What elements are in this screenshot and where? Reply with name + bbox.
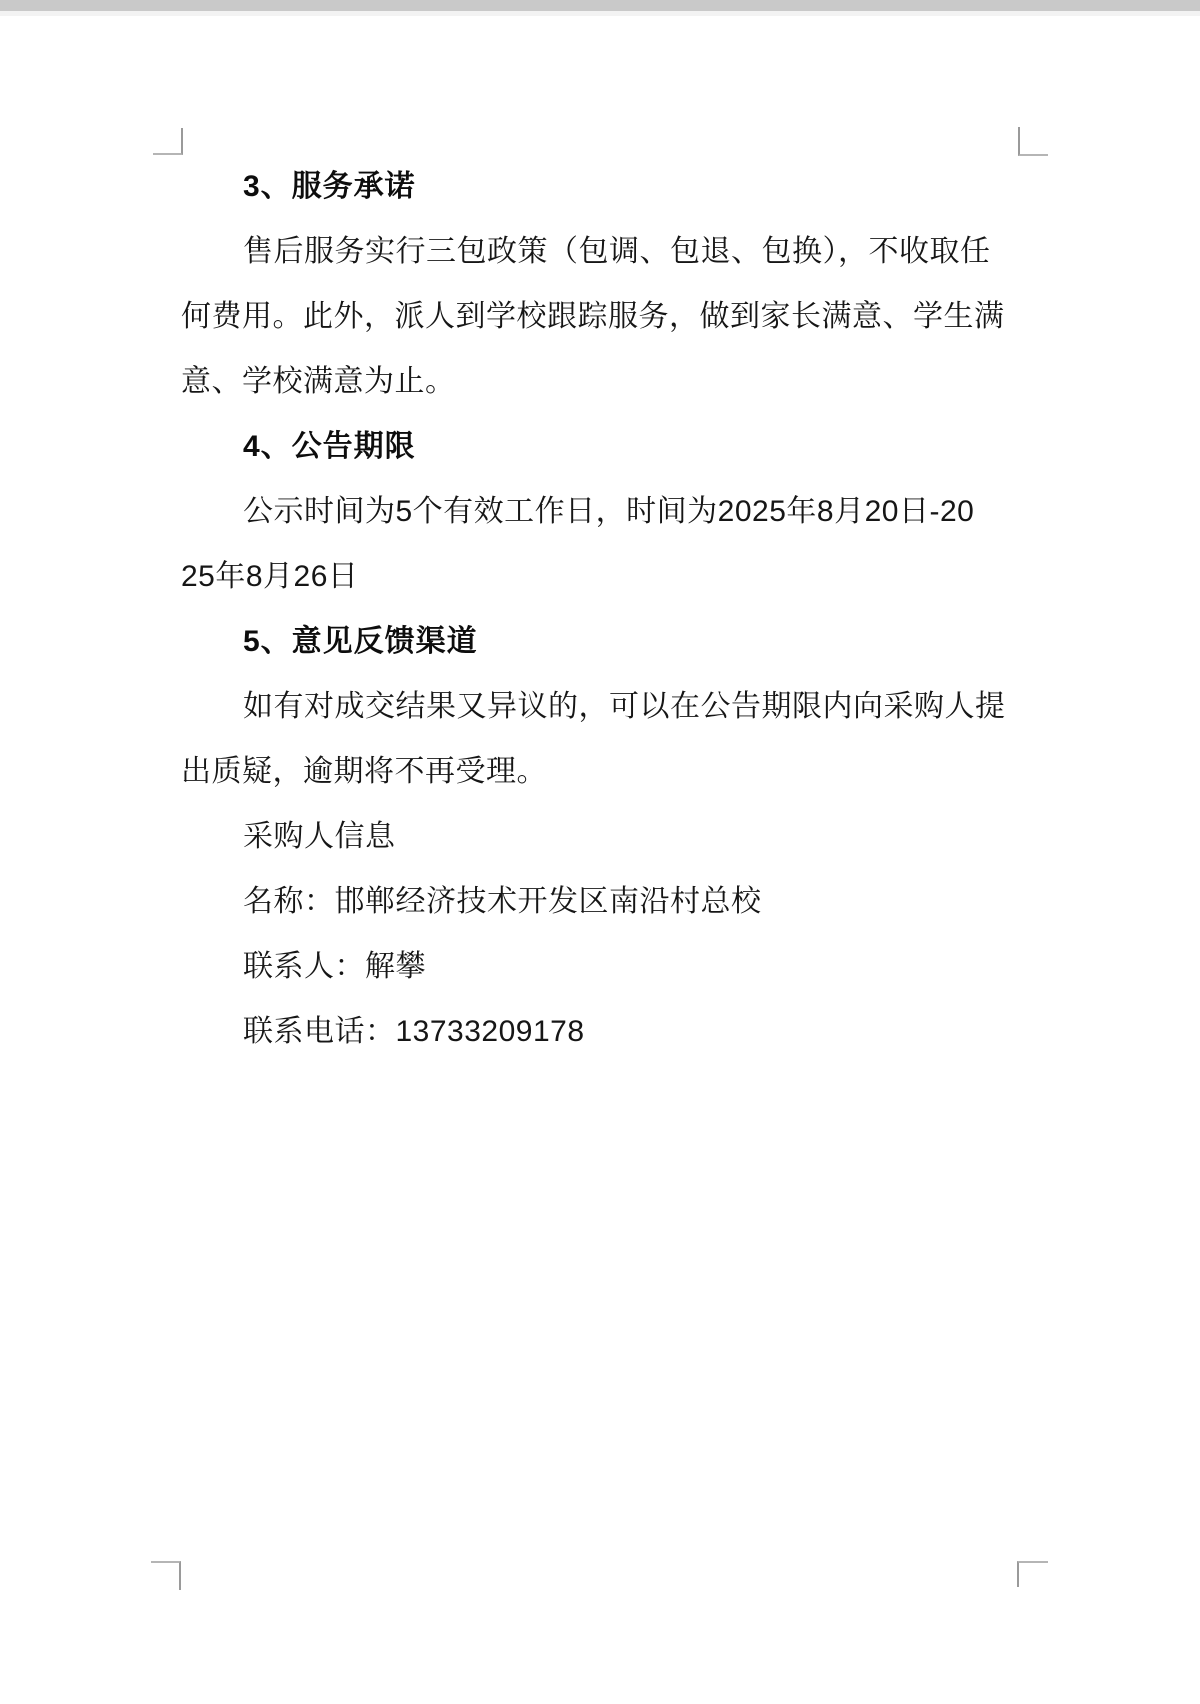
top-edge-shadow [0, 0, 1200, 11]
crop-mark-bottom-left [151, 1561, 181, 1590]
heading-line: 4、公告期限 [181, 414, 996, 479]
text-line: 出质疑，逾期将不再受理。 [181, 739, 996, 804]
text-line: 名称：邯郸经济技术开发区南沿村总校 [181, 869, 996, 934]
text-line: 25年8月26日 [181, 544, 996, 609]
heading-line: 3、服务承诺 [181, 154, 996, 219]
top-edge-shadow-fade [0, 11, 1200, 16]
text-line: 公示时间为5个有效工作日，时间为2025年8月20日-20 [181, 479, 996, 544]
heading-line: 5、意见反馈渠道 [181, 609, 996, 674]
crop-mark-top-left [153, 128, 183, 155]
text-line: 联系人：解攀 [181, 934, 996, 999]
text-line: 意、学校满意为止。 [181, 349, 996, 414]
text-line: 采购人信息 [181, 804, 996, 869]
text-line: 何费用。此外，派人到学校跟踪服务，做到家长满意、学生满 [181, 284, 996, 349]
document-page: 3、服务承诺售后服务实行三包政策（包调、包退、包换），不收取任何费用。此外，派人… [0, 0, 1200, 1704]
text-line: 联系电话：13733209178 [181, 999, 996, 1064]
document-body: 3、服务承诺售后服务实行三包政策（包调、包退、包换），不收取任何费用。此外，派人… [181, 154, 996, 1064]
text-line: 售后服务实行三包政策（包调、包退、包换），不收取任 [181, 219, 996, 284]
text-line: 如有对成交结果又异议的，可以在公告期限内向采购人提 [181, 674, 996, 739]
crop-mark-top-right [1018, 127, 1048, 156]
crop-mark-bottom-right [1017, 1561, 1048, 1587]
